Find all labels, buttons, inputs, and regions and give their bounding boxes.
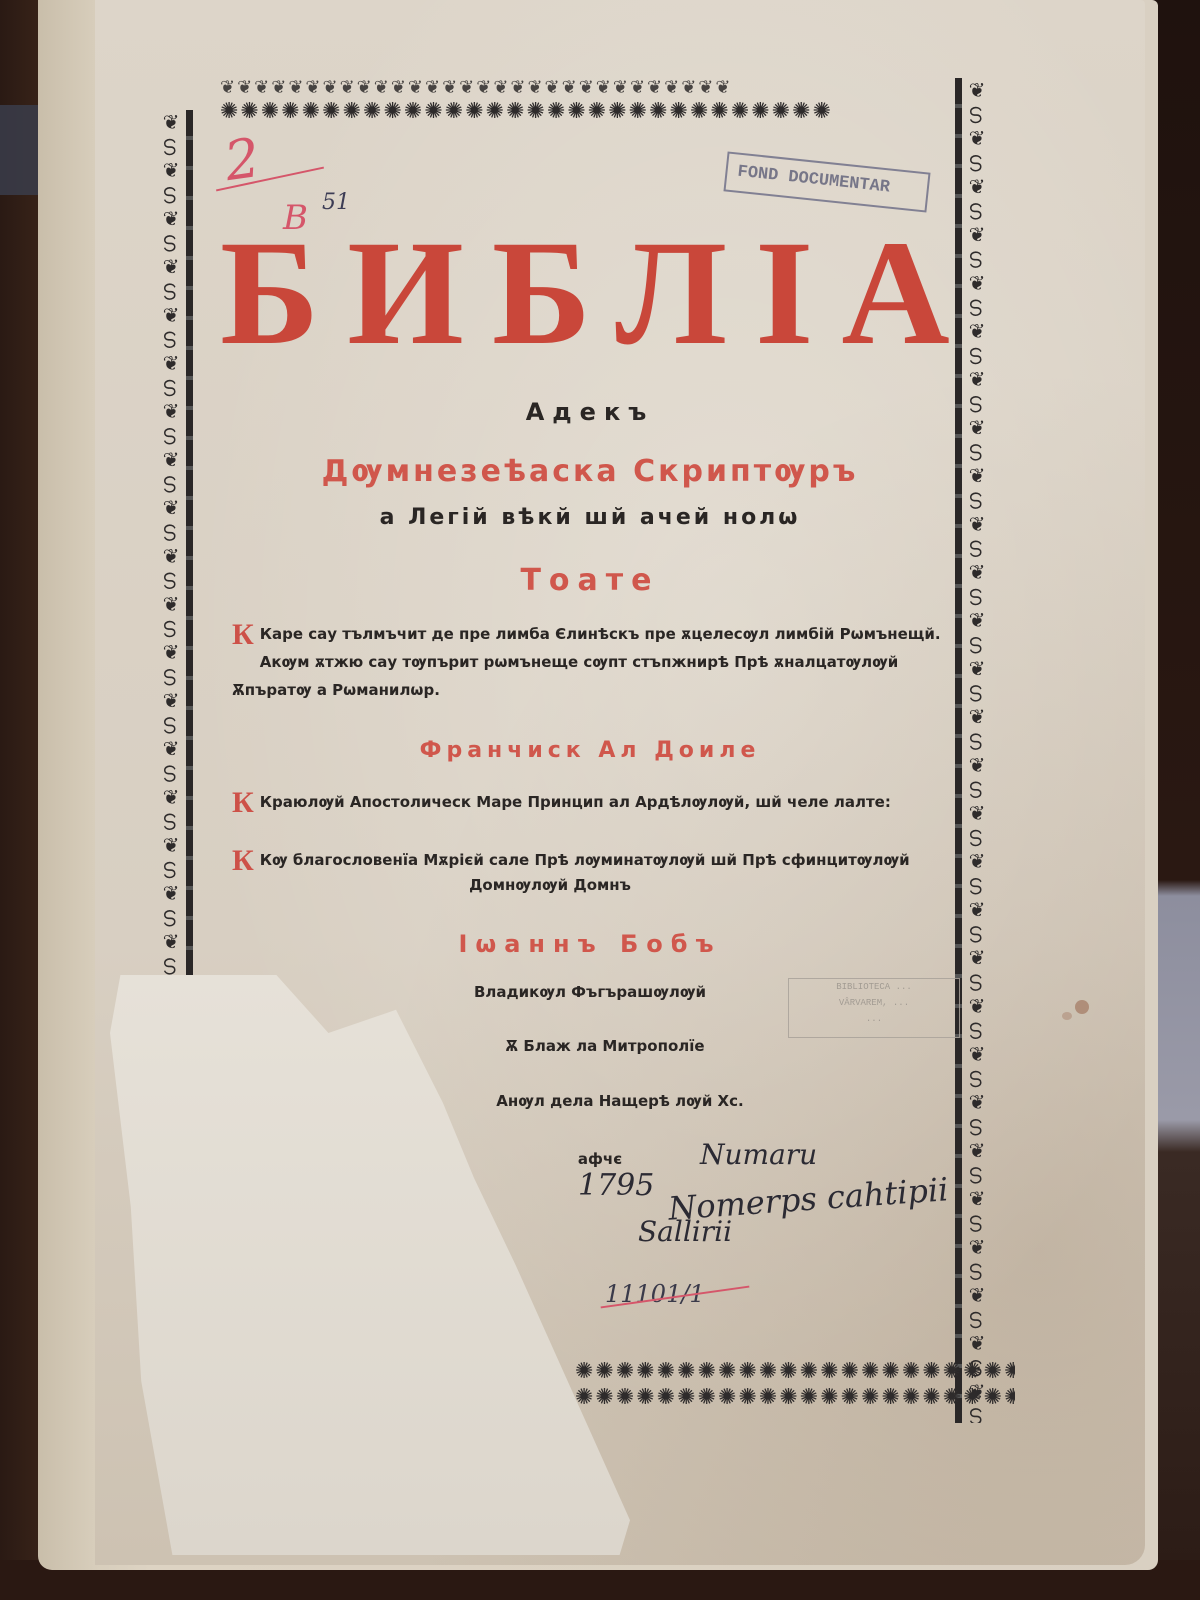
- leaf-ornament-row: ❦❦❦❦❦❦❦❦❦❦❦❦❦❦❦❦❦❦❦❦❦❦❦❦❦❦❦❦❦❦: [220, 78, 1010, 98]
- paragraph-king: К Краюлѹй Апостолическ Маре Принцип ал А…: [232, 788, 952, 818]
- stamp-line: BIBLIOTECA ...: [789, 979, 959, 995]
- flower-ornament-row: ✺✺✺✺✺✺✺✺✺✺✺✺✺✺✺✺✺✺✺✺✺✺✺✺✺✺✺✺✺✺: [575, 1360, 1015, 1384]
- line-adeca: Адекъ: [215, 398, 965, 426]
- paper-stain: [1075, 1000, 1089, 1014]
- line-year-cyrillic: афчє: [565, 1150, 635, 1168]
- line-domnului: Домнѹлѹй Домнъ: [400, 876, 700, 894]
- flower-ornament-row: ✺✺✺✺✺✺✺✺✺✺✺✺✺✺✺✺✺✺✺✺✺✺✺✺✺✺✺✺✺✺: [575, 1386, 1015, 1410]
- handwritten-year: 1795: [578, 1168, 654, 1203]
- line-scriptura: Дѹмнезеѣаска Скриптѹръ: [215, 454, 965, 489]
- ornamental-border-left: ❦ഗ❦ഗ❦ഗ❦ഗ❦ഗ❦ഗ❦ഗ❦ഗ❦ഗ❦ഗ❦ഗ❦ഗ❦ഗ❦ഗ❦ഗ❦ഗ❦ഗ❦ഗ❦ഗ❦ഗ…: [160, 110, 220, 980]
- red-initial: К: [232, 620, 254, 650]
- faded-library-stamp: BIBLIOTECA ... VÂRVAREM, ... ...: [788, 978, 960, 1038]
- line-ioann-bob: Іѡаннъ Бобъ: [380, 930, 800, 958]
- line-vladica: Владикѹл Фъгърашѹлѹй: [430, 983, 750, 1001]
- stamp-line: ...: [789, 1011, 959, 1027]
- line-blaj: Ѫ Блаж ла Митрополїе: [470, 1037, 740, 1055]
- line-testaments: а Легій вѣкй шй ачей нолѡ: [215, 505, 965, 530]
- paragraph-text: Кѹ благословенїа Мѫрієй сале Прѣ лѹминат…: [260, 851, 910, 869]
- inner-rule-left: [186, 110, 193, 980]
- book-title: БИБЛІА: [220, 228, 960, 358]
- flower-ornament-row: ✺✺✺✺✺✺✺✺✺✺✺✺✺✺✺✺✺✺✺✺✺✺✺✺✺✺✺✺✺✺: [220, 100, 1010, 124]
- ornamental-border-top: ❦❦❦❦❦❦❦❦❦❦❦❦❦❦❦❦❦❦❦❦❦❦❦❦❦❦❦❦❦❦ ✺✺✺✺✺✺✺✺✺…: [220, 78, 1010, 124]
- stamp-line: VÂRVAREM, ...: [789, 995, 959, 1011]
- paragraph-text: Каре сау тълмъчит де пре лимба Єлинѣскъ …: [260, 625, 941, 643]
- paragraph-text: Краюлѹй Апостолическ Маре Принцип ал Ард…: [260, 793, 891, 811]
- handwritten-note-line3: Sallirii: [638, 1215, 732, 1248]
- line-anul: Анѹл дела Нащерѣ лѹй Хс.: [460, 1092, 780, 1110]
- paragraph-text: Акѹм ѫтжю сау тѹпърит рѡмънеще сѹпт стъп…: [232, 653, 898, 699]
- line-toate: Тоате: [215, 563, 965, 598]
- leaf-ornament-column: ❦ഗ❦ഗ❦ഗ❦ഗ❦ഗ❦ഗ❦ഗ❦ഗ❦ഗ❦ഗ❦ഗ❦ഗ❦ഗ❦ഗ❦ഗ❦ഗ❦ഗ❦ഗ❦ഗ❦ഗ…: [160, 110, 182, 980]
- red-initial: К: [232, 788, 254, 818]
- paper-stain: [1062, 1012, 1072, 1020]
- ornamental-border-bottom: ✺✺✺✺✺✺✺✺✺✺✺✺✺✺✺✺✺✺✺✺✺✺✺✺✺✺✺✺✺✺ ✺✺✺✺✺✺✺✺✺…: [575, 1360, 1015, 1410]
- line-francisc: Франчиск Ал Доиле: [215, 738, 965, 763]
- paragraph-translation: К Каре сау тълмъчит де пре лимба Єлинѣск…: [232, 620, 952, 704]
- paragraph-blessing: К Кѹ благословенїа Мѫрієй сале Прѣ лѹмин…: [232, 846, 952, 876]
- red-initial: К: [232, 846, 254, 876]
- handwritten-note-line1: Numaru: [700, 1138, 817, 1171]
